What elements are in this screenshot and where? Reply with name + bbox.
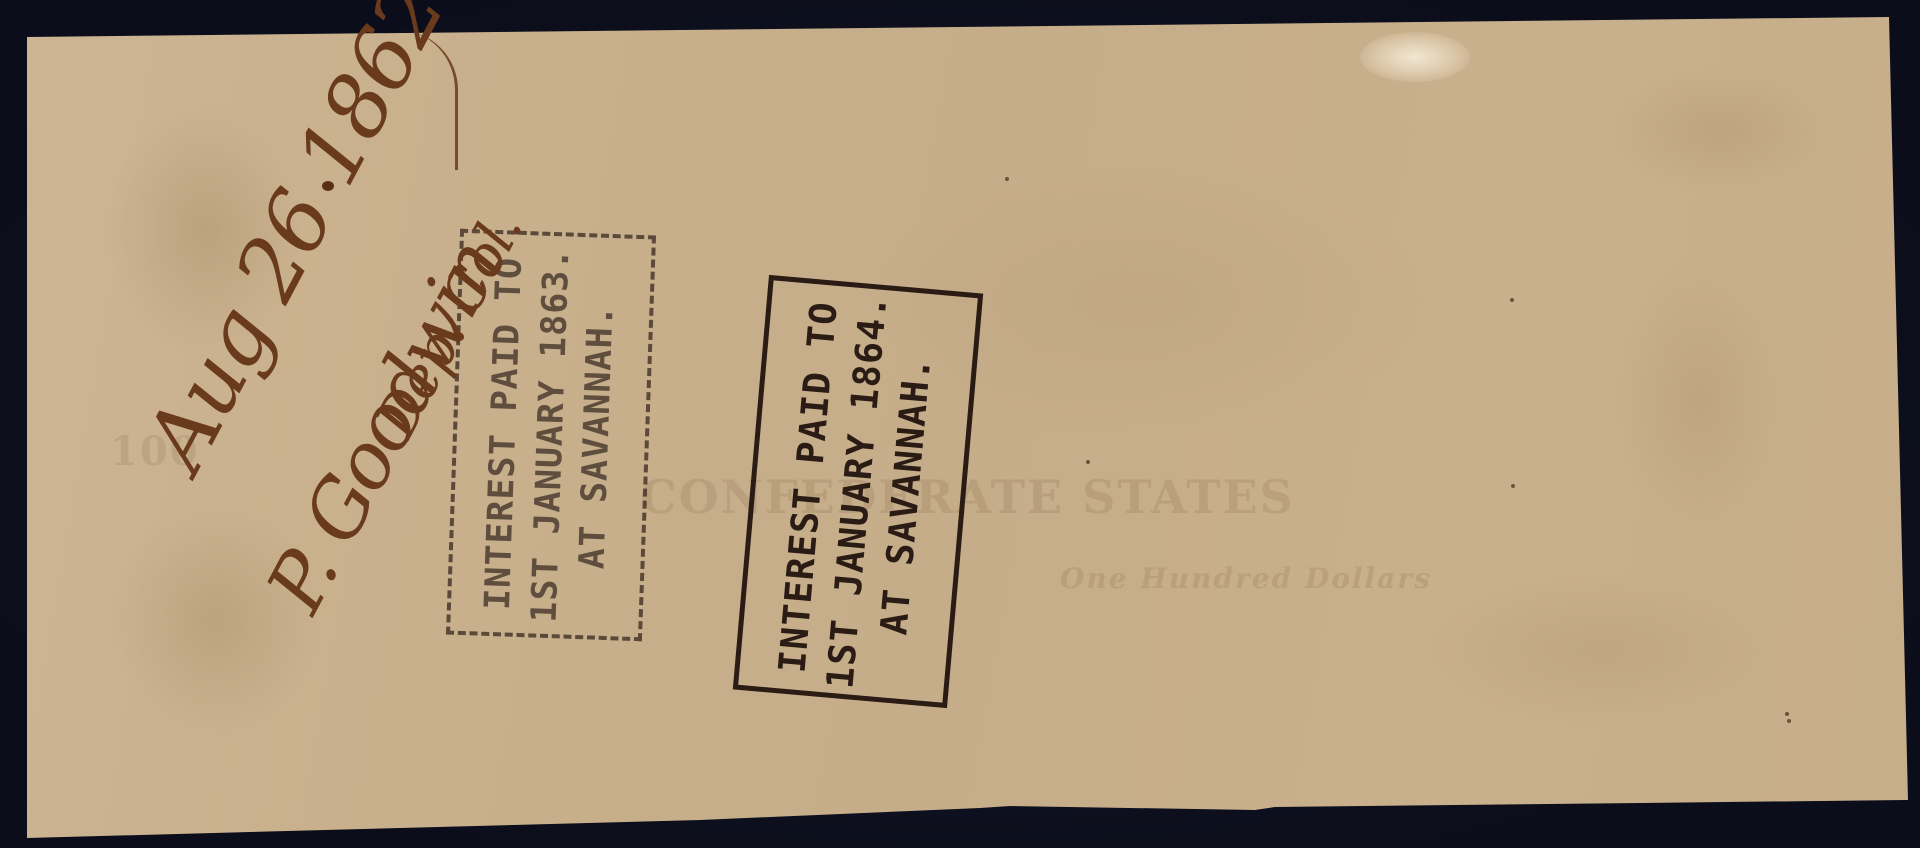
- photo-scene: CONFEDERATE STATES One Hundred Dollars 1…: [0, 0, 1920, 848]
- paper-speck: [1005, 177, 1009, 181]
- paper-speck: [1787, 719, 1791, 723]
- paper-speck: [1785, 712, 1789, 716]
- paper-speck: [1086, 460, 1090, 464]
- paper-speck: [1511, 484, 1515, 488]
- showthrough-title: CONFEDERATE STATES: [640, 470, 1295, 524]
- interest-stamp-1864: INTEREST PAID TO 1ST JANUARY 1864. AT SA…: [733, 275, 983, 708]
- stamp-line: AT SAVANNAH.: [574, 304, 622, 570]
- paper-speck: [1510, 298, 1514, 302]
- showthrough-amount: One Hundred Dollars: [1060, 562, 1432, 595]
- stamp-line: 1ST JANUARY 1863.: [525, 247, 577, 623]
- light-glare: [1360, 32, 1470, 82]
